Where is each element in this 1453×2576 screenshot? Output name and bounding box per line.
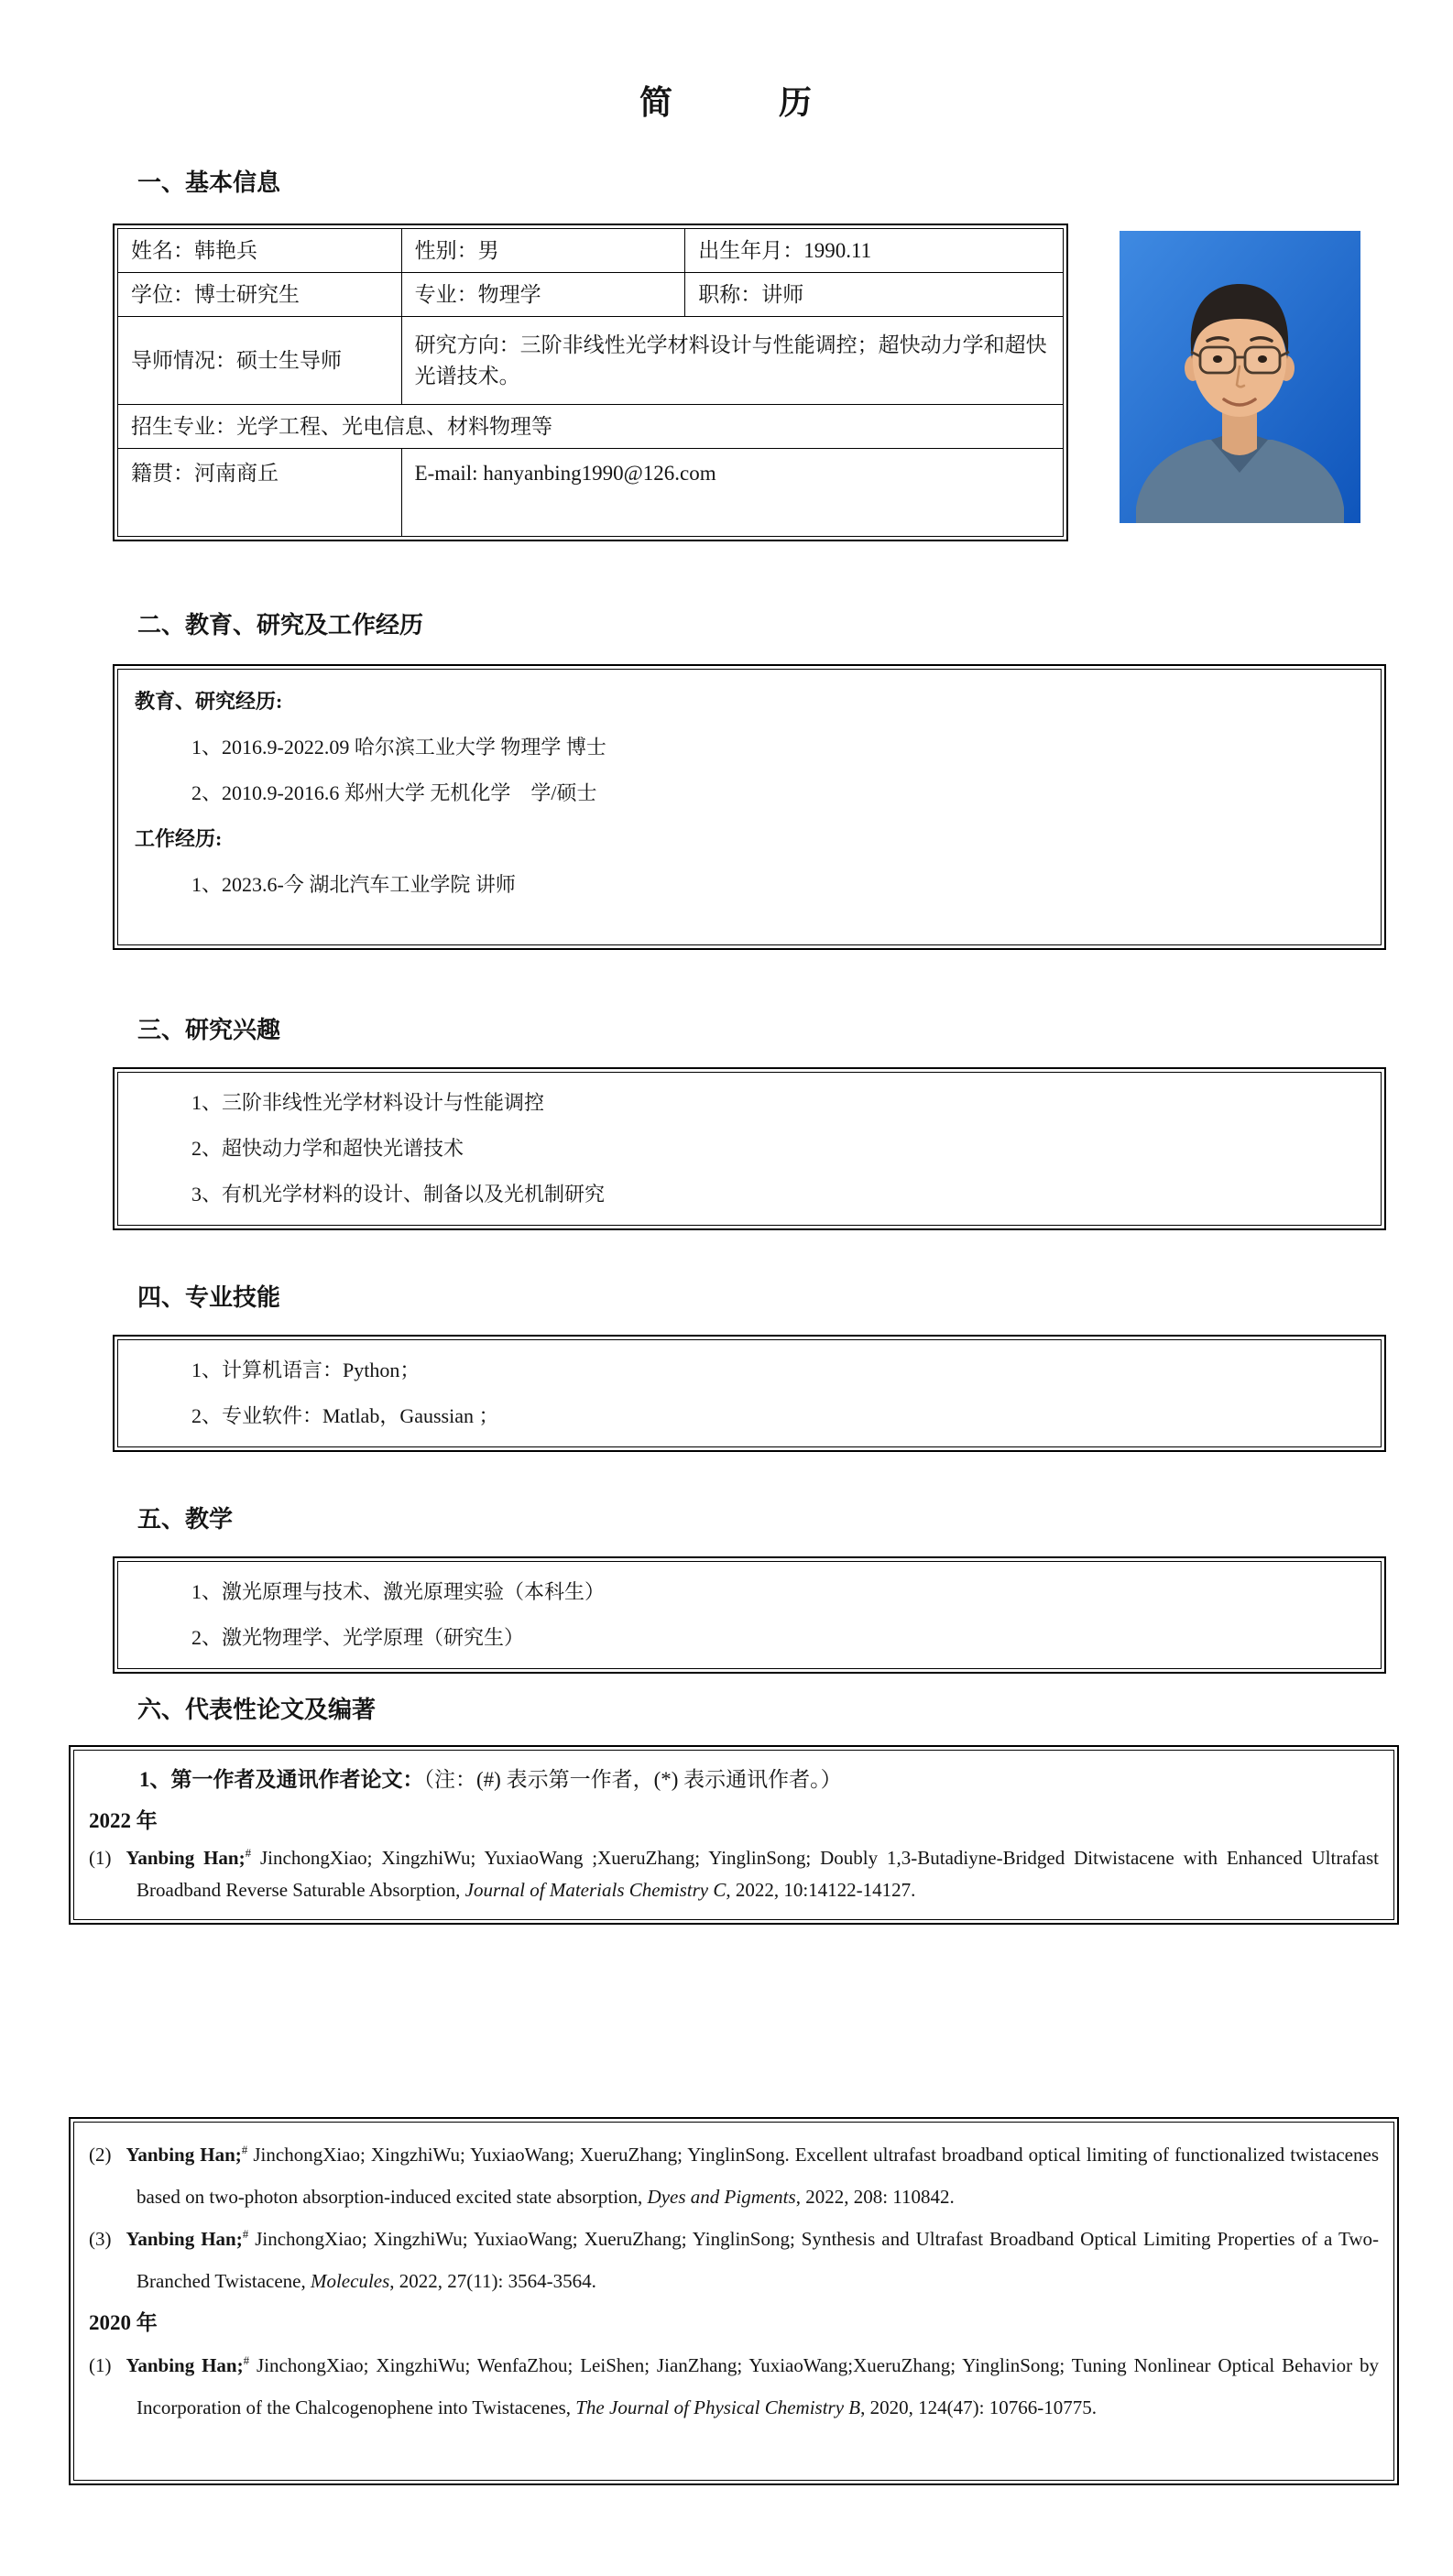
work-item: 1、2023.6-今 湖北汽车工业学院 讲师 (135, 862, 1364, 908)
publication-citation: Yanbing Han;# JinchongXiao; XingzhiWu; Y… (126, 1847, 1380, 1901)
table-row: 学位：博士研究生 专业：物理学 职称：讲师 (118, 273, 1064, 317)
name-cell: 姓名：韩艳兵 (118, 229, 402, 273)
publication-citation: Yanbing Han;# JinchongXiao; XingzhiWu; Y… (126, 2144, 1380, 2208)
publication-citation: Yanbing Han;# JinchongXiao; XingzhiWu; W… (126, 2354, 1380, 2418)
page-break-gap (0, 1925, 1453, 2117)
experience-box-inner: 教育、研究经历: 1、2016.9-2022.09 哈尔滨工业大学 物理学 博士… (117, 669, 1382, 945)
interest-item: 1、三阶非线性光学材料设计与性能调控 (135, 1080, 1364, 1126)
pub-year-2020: 2020 年 (89, 2302, 1379, 2344)
birth-cell: 出生年月：1990.11 (685, 229, 1064, 273)
publication-entry: (3)Yanbing Han;# JinchongXiao; XingzhiWu… (89, 2218, 1379, 2302)
publications-box-1: 1、第一作者及通讯作者论文：（注：(#) 表示第一作者，(*) 表示通讯作者。）… (69, 1745, 1399, 1925)
publication-entry: (1)Yanbing Han;# JinchongXiao; XingzhiWu… (89, 2344, 1379, 2429)
skills-box: 1、计算机语言：Python； 2、专业软件：Matlab，Gaussian ； (113, 1335, 1386, 1452)
research-direction-cell: 研究方向：三阶非线性光学材料设计与性能调控；超快动力学和超快光谱技术。 (401, 317, 1063, 405)
teaching-item: 1、激光原理与技术、激光原理实验（本科生） (135, 1569, 1364, 1615)
section-heading-skills: 四、专业技能 (137, 1283, 1453, 1313)
publications-box-2: (2)Yanbing Han;# JinchongXiao; XingzhiWu… (69, 2117, 1399, 2485)
email-cell: E-mail: hanyanbing1990@126.com (401, 449, 1063, 537)
major-cell: 专业：物理学 (401, 273, 685, 317)
teaching-item: 2、激光物理学、光学原理（研究生） (135, 1615, 1364, 1661)
education-item: 1、2016.9-2022.09 哈尔滨工业大学 物理学 博士 (135, 725, 1364, 770)
enroll-majors-cell: 招生专业：光学工程、光电信息、材料物理等 (118, 405, 1064, 449)
pub-year-2022: 2022 年 (89, 1800, 1379, 1842)
section-heading-teaching: 五、教学 (137, 1505, 1453, 1534)
hometown-cell: 籍贯：河南商丘 (118, 449, 402, 537)
publications-box-1-inner: 1、第一作者及通讯作者论文：（注：(#) 表示第一作者，(*) 表示通讯作者。）… (73, 1750, 1394, 1920)
basic-info-section: 姓名：韩艳兵 性别：男 出生年月：1990.11 学位：博士研究生 专业：物理学… (113, 224, 1453, 541)
interest-item: 3、有机光学材料的设计、制备以及光机制研究 (135, 1172, 1364, 1217)
publication-entry: (2)Yanbing Han;# JinchongXiao; XingzhiWu… (89, 2134, 1379, 2218)
publication-number: (2) (89, 2144, 112, 2166)
basic-info-table-border: 姓名：韩艳兵 性别：男 出生年月：1990.11 学位：博士研究生 专业：物理学… (113, 224, 1068, 541)
degree-cell: 学位：博士研究生 (118, 273, 402, 317)
experience-box: 教育、研究经历: 1、2016.9-2022.09 哈尔滨工业大学 物理学 博士… (113, 664, 1386, 950)
pub-subheading-note: （注：(#) 表示第一作者，(*) 表示通讯作者。） (424, 1768, 842, 1791)
publication-number: (1) (89, 1847, 112, 1869)
teaching-box: 1、激光原理与技术、激光原理实验（本科生） 2、激光物理学、光学原理（研究生） (113, 1556, 1386, 1674)
education-label: 教育、研究经历: (135, 679, 1364, 725)
table-row: 姓名：韩艳兵 性别：男 出生年月：1990.11 (118, 229, 1064, 273)
interest-item: 2、超快动力学和超快光谱技术 (135, 1126, 1364, 1172)
section-heading-publications: 六、代表性论文及编著 (137, 1696, 1453, 1725)
publication-number: (1) (89, 2354, 112, 2376)
publications-box-2-inner: (2)Yanbing Han;# JinchongXiao; XingzhiWu… (73, 2122, 1394, 2481)
skill-item: 2、专业软件：Matlab，Gaussian ； (135, 1393, 1364, 1439)
gender-cell: 性别：男 (401, 229, 685, 273)
table-row: 招生专业：光学工程、光电信息、材料物理等 (118, 405, 1064, 449)
interests-box-inner: 1、三阶非线性光学材料设计与性能调控 2、超快动力学和超快光谱技术 3、有机光学… (117, 1072, 1382, 1226)
skills-box-inner: 1、计算机语言：Python； 2、专业软件：Matlab，Gaussian ； (117, 1339, 1382, 1447)
pub-subheading-title: 1、第一作者及通讯作者论文： (139, 1768, 424, 1791)
id-photo (1120, 231, 1360, 523)
publication-entry: (1)Yanbing Han;# JinchongXiao; XingzhiWu… (89, 1842, 1379, 1906)
education-item: 2、2010.9-2016.6 郑州大学 无机化学 学/硕士 (135, 770, 1364, 816)
cv-document-page: 简 历 一、基本信息 姓名：韩艳兵 性别：男 出生年月：1990.11 学位：博… (0, 0, 1453, 2576)
skill-item: 1、计算机语言：Python； (135, 1348, 1364, 1393)
section-heading-basic-info: 一、基本信息 (137, 169, 1453, 198)
table-row: 导师情况：硕士生导师 研究方向：三阶非线性光学材料设计与性能调控；超快动力学和超… (118, 317, 1064, 405)
publication-citation: Yanbing Han;# JinchongXiao; XingzhiWu; Y… (126, 2228, 1380, 2292)
publication-number: (3) (89, 2228, 112, 2250)
id-photo-illustration (1120, 231, 1360, 523)
teaching-box-inner: 1、激光原理与技术、激光原理实验（本科生） 2、激光物理学、光学原理（研究生） (117, 1561, 1382, 1669)
work-label: 工作经历: (135, 816, 1364, 862)
section-heading-interests: 三、研究兴趣 (137, 1016, 1453, 1045)
pub-subheading: 1、第一作者及通讯作者论文：（注：(#) 表示第一作者，(*) 表示通讯作者。） (89, 1760, 1379, 1800)
document-title: 简 历 (0, 0, 1453, 123)
basic-info-table: 姓名：韩艳兵 性别：男 出生年月：1990.11 学位：博士研究生 专业：物理学… (117, 228, 1064, 537)
interests-box: 1、三阶非线性光学材料设计与性能调控 2、超快动力学和超快光谱技术 3、有机光学… (113, 1067, 1386, 1230)
advisor-cell: 导师情况：硕士生导师 (118, 317, 402, 405)
job-title-cell: 职称：讲师 (685, 273, 1064, 317)
section-heading-experience: 二、教育、研究及工作经历 (137, 611, 1453, 640)
table-row: 籍贯：河南商丘 E-mail: hanyanbing1990@126.com (118, 449, 1064, 537)
